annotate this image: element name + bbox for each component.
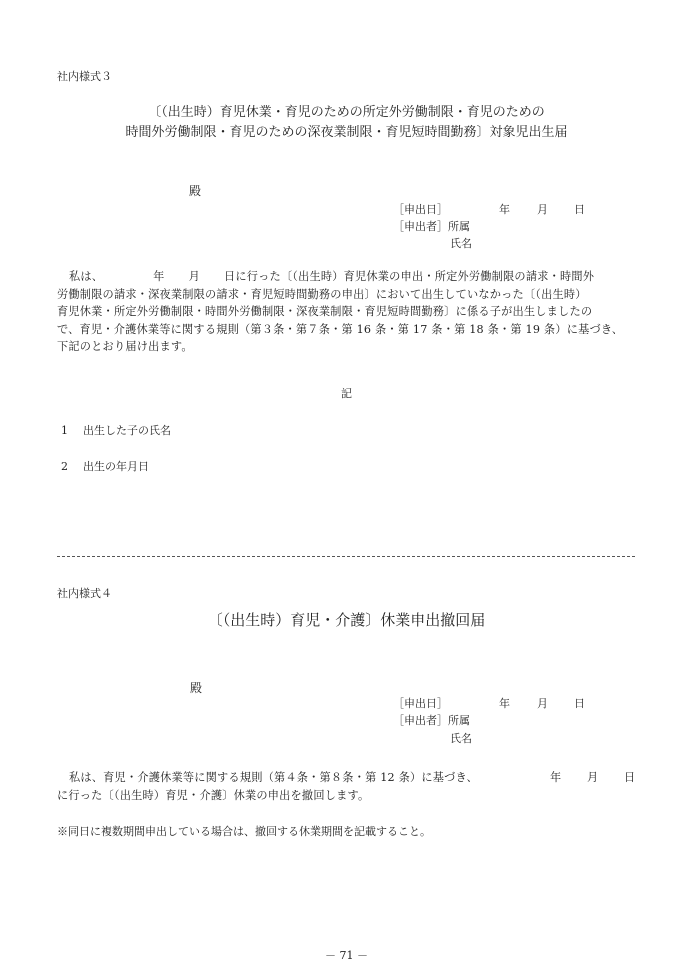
body-day: 日 [624,769,635,787]
body-line-5: 下記のとおり届け出ます。 [57,338,637,356]
request-date-month: 月 [537,203,548,217]
item-number: 1 [61,424,68,438]
request-date-label: ［申出日］ [393,203,448,217]
addressee-suffix: 殿 [190,681,202,696]
request-date-day: 日 [574,203,585,217]
form-label: 社内様式４ [57,587,112,601]
body-text: 私は、育児・介護休業等に関する規則（第４条・第８条・第 12 条）に基づき、 [69,771,478,784]
request-date-year: 年 [499,697,510,711]
item-birth-date-label: 出生の年月日 [83,460,149,474]
applicant-name-label: 氏名 [450,237,472,251]
form-label: 社内様式３ [57,70,112,84]
body-month: 月 [587,769,598,787]
body-year: 年 [550,769,561,787]
form-body-paragraph: 私は、年月日に行った〔（出生時）育児休業の申出・所定外労働制限の請求・時間外 労… [57,268,637,356]
request-date-year: 年 [499,203,510,217]
item-number: 2 [61,460,68,474]
applicant-affiliation-label: ［申出者］所属 [393,220,470,234]
body-prefix: 私は、 [69,270,103,283]
addressee-suffix: 殿 [189,184,201,199]
item-child-name-label: 出生した子の氏名 [83,424,171,438]
body-line-4: で、育児・介護休業等に関する規則（第３条・第７条・第 16 条・第 17 条・第… [57,321,637,339]
note-text: ※同日に複数期間申出している場合は、撤回する休業期間を記載すること。 [57,825,431,839]
applicant-name-label: 氏名 [450,732,472,746]
body-line-3: 育児休業・所定外労働制限・時間外労働制限・深夜業制限・育児短時間勤務〕に係る子が… [57,303,637,321]
body-line-2: に行った〔（出生時）育児・介護〕休業の申出を撤回します。 [57,787,637,805]
body-rest: 日に行った〔（出生時）育児休業の申出・所定外労働制限の請求・時間外 [224,270,594,283]
request-date-day: 日 [574,697,585,711]
form-title-line-1: 〔（出生時）育児休業・育児のための所定外労働制限・育児のための [0,104,693,122]
body-year: 年 [153,270,164,283]
cut-line-divider [57,556,635,557]
page-number: － 71 － [0,949,693,963]
form-title: 〔（出生時）育児・介護〕休業申出撤回届 [0,610,693,630]
request-date-month: 月 [537,697,548,711]
ki-heading: 記 [341,387,352,401]
body-line-2: 労働制限の請求・深夜業制限の請求・育児短時間勤務の申出〕において出生していなかっ… [57,286,637,304]
request-date-label: ［申出日］ [393,697,448,711]
applicant-affiliation-label: ［申出者］所属 [393,714,470,728]
form-title-line-2: 時間外労働制限・育児のための深夜業制限・育児短時間勤務〕対象児出生届 [0,124,693,142]
body-month: 月 [189,270,200,283]
form-body-paragraph: 私は、育児・介護休業等に関する規則（第４条・第８条・第 12 条）に基づき、 年… [57,769,637,804]
